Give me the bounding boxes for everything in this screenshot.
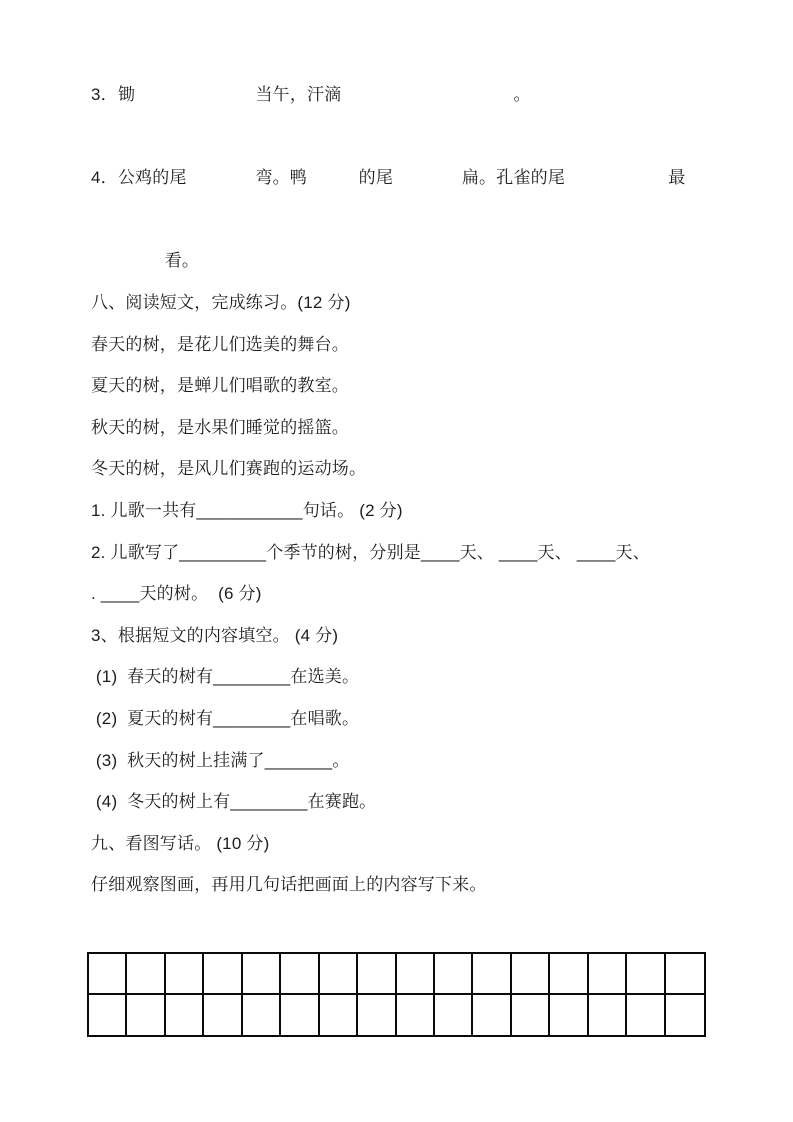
grid-cell	[589, 954, 627, 995]
grid-cell	[589, 995, 627, 1036]
grid-cell	[550, 995, 588, 1036]
grid-cell	[397, 995, 435, 1036]
grid-cell	[166, 995, 204, 1036]
reading-q2-continuation: . ____天的树。 (6 分)	[91, 573, 761, 615]
grid-cell	[243, 954, 281, 995]
worksheet-body: 3．锄 当午，汗滴 。 4．公鸡的尾 弯。鸭 的尾 扁。孔雀的尾 最 看。 八、…	[91, 74, 761, 906]
section-9-heading: 九、看图写话。 (10 分)	[91, 823, 761, 865]
grid-cell	[281, 995, 319, 1036]
section-8-heading: 八、阅读短文，完成练习。(12 分)	[91, 282, 761, 324]
grid-cell	[358, 954, 396, 995]
grid-cell	[320, 954, 358, 995]
poem-line-summer: 夏天的树，是蝉儿们唱歌的教室。	[91, 365, 761, 407]
question-4-continuation: 看。	[91, 240, 761, 282]
reading-q3-sub-3: (3) 秋天的树上挂满了_______。	[91, 740, 761, 782]
poem-line-winter: 冬天的树，是风儿们赛跑的运动场。	[91, 448, 761, 490]
grid-cell	[550, 954, 588, 995]
grid-cell	[358, 995, 396, 1036]
grid-cell	[127, 954, 165, 995]
character-writing-grid	[87, 952, 706, 1037]
question-4-line: 4．公鸡的尾 弯。鸭 的尾 扁。孔雀的尾 最	[91, 157, 761, 199]
grid-cell	[204, 954, 242, 995]
reading-q3-sub-2: (2) 夏天的树有________在唱歌。	[91, 698, 761, 740]
reading-q1: 1. 儿歌一共有___________句话。 (2 分)	[91, 490, 761, 532]
grid-cell	[512, 995, 550, 1036]
grid-cell	[281, 954, 319, 995]
reading-q3-sub-1: (1) 春天的树有________在选美。	[91, 656, 761, 698]
grid-cell	[627, 954, 665, 995]
grid-cell	[627, 995, 665, 1036]
reading-q3-sub-4: (4) 冬天的树上有________在赛跑。	[91, 781, 761, 823]
grid-cell	[473, 954, 511, 995]
grid-cell	[512, 954, 550, 995]
grid-cell	[204, 995, 242, 1036]
reading-q2: 2. 儿歌写了_________个季节的树，分别是____天、 ____天、 _…	[91, 532, 761, 574]
grid-cell	[166, 954, 204, 995]
grid-cell	[397, 954, 435, 995]
section-9-instruction: 仔细观察图画，再用几句话把画面上的内容写下来。	[91, 864, 761, 906]
grid-cell	[435, 954, 473, 995]
poem-line-autumn: 秋天的树，是水果们睡觉的摇篮。	[91, 407, 761, 449]
poem-line-spring: 春天的树，是花儿们选美的舞台。	[91, 324, 761, 366]
question-3-line: 3．锄 当午，汗滴 。	[91, 74, 761, 116]
grid-cell	[666, 954, 704, 995]
grid-cell	[666, 995, 704, 1036]
grid-cell	[473, 995, 511, 1036]
reading-q3-heading: 3、根据短文的内容填空。 (4 分)	[91, 615, 761, 657]
grid-cell	[127, 995, 165, 1036]
grid-cell	[89, 954, 127, 995]
grid-cell	[435, 995, 473, 1036]
grid-cell	[89, 995, 127, 1036]
worksheet-page: 3．锄 当午，汗滴 。 4．公鸡的尾 弯。鸭 的尾 扁。孔雀的尾 最 看。 八、…	[0, 0, 793, 1122]
grid-cell	[320, 995, 358, 1036]
grid-cell	[243, 995, 281, 1036]
